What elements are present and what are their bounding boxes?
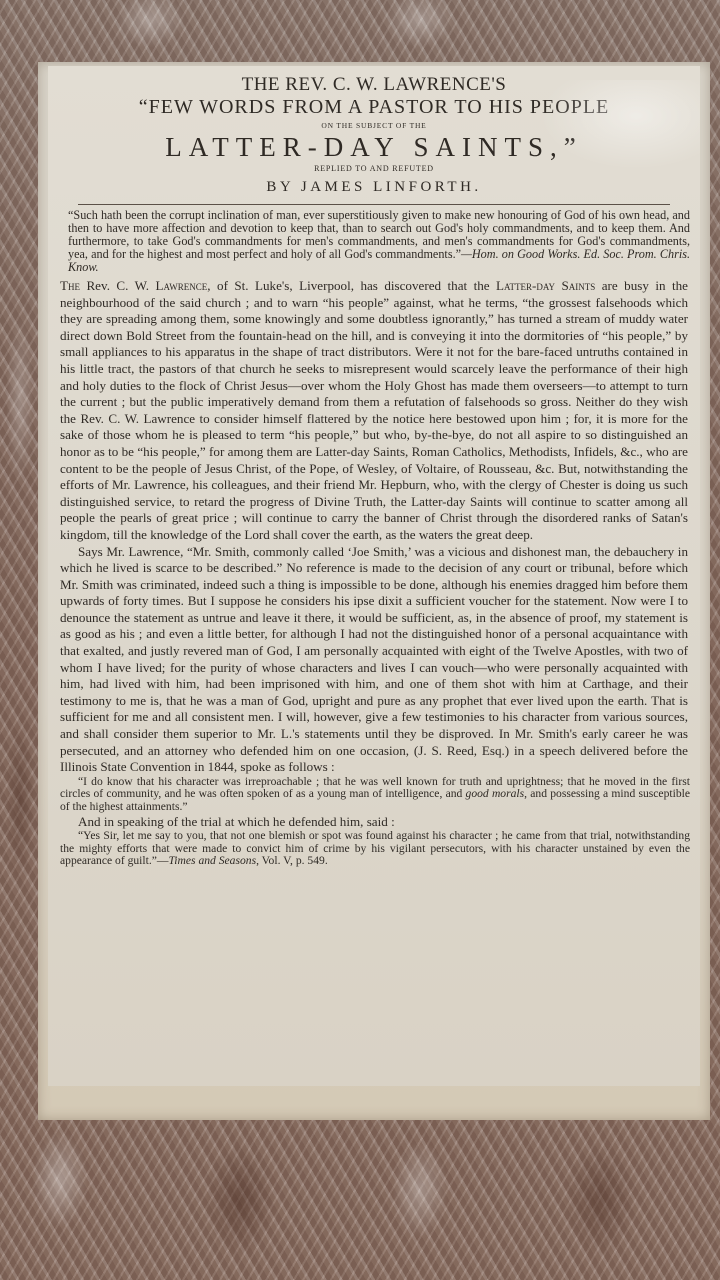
document-page: THE REV. C. W. LAWRENCE'S “FEW WORDS FRO… — [48, 66, 700, 1086]
paragraph-1: The Rev. C. W. Lawrence, of St. Luke's, … — [60, 278, 688, 544]
quote-1: “I do know that his character was irrepr… — [48, 776, 700, 814]
title-line-1: THE REV. C. W. LAWRENCE'S — [48, 74, 700, 96]
lead-name: Rev. C. W. — [86, 278, 149, 293]
quote-2: “Yes Sir, let me say to you, that not on… — [48, 830, 700, 868]
paragraph-1-text-b: are busy in the neighbourhood of the sai… — [60, 278, 688, 542]
title-line-3: ON THE SUBJECT OF THE — [48, 120, 700, 132]
divider — [78, 204, 670, 205]
title-line-2: “FEW WORDS FROM A PASTOR TO HIS PEOPLE — [48, 96, 700, 118]
paragraph-3: And in speaking of the trial at which he… — [60, 814, 688, 831]
article-body: The Rev. C. W. Lawrence, of St. Luke's, … — [48, 274, 700, 776]
lead-word: The — [60, 278, 80, 293]
paragraph-2: Says Mr. Lawrence, “Mr. Smith, commonly … — [60, 544, 688, 776]
title-block: THE REV. C. W. LAWRENCE'S “FEW WORDS FRO… — [48, 74, 700, 198]
author-line: BY JAMES LINFORTH. — [48, 176, 700, 198]
quote-2-text-b: , Vol. V, p. 549. — [256, 854, 328, 867]
lead-surname: Lawrence — [156, 278, 208, 293]
paragraph-1-text-a: , of St. Luke's, Liverpool, has discover… — [207, 278, 496, 293]
title-subtitle: REPLIED TO AND REFUTED — [48, 162, 700, 176]
quote-1-italic: good morals — [466, 787, 525, 800]
latter-day-saints-smallcaps: Latter-day Saints — [496, 278, 595, 293]
quote-2-source-italic: Times and Seasons — [168, 854, 256, 867]
title-main: LATTER-DAY SAINTS,” — [48, 132, 700, 162]
paragraph-3-wrap: And in speaking of the trial at which he… — [48, 814, 700, 831]
quote-2-text-a: “Yes Sir, let me say to you, that not on… — [60, 829, 690, 867]
epigraph: “Such hath been the corrupt inclination … — [48, 209, 700, 274]
